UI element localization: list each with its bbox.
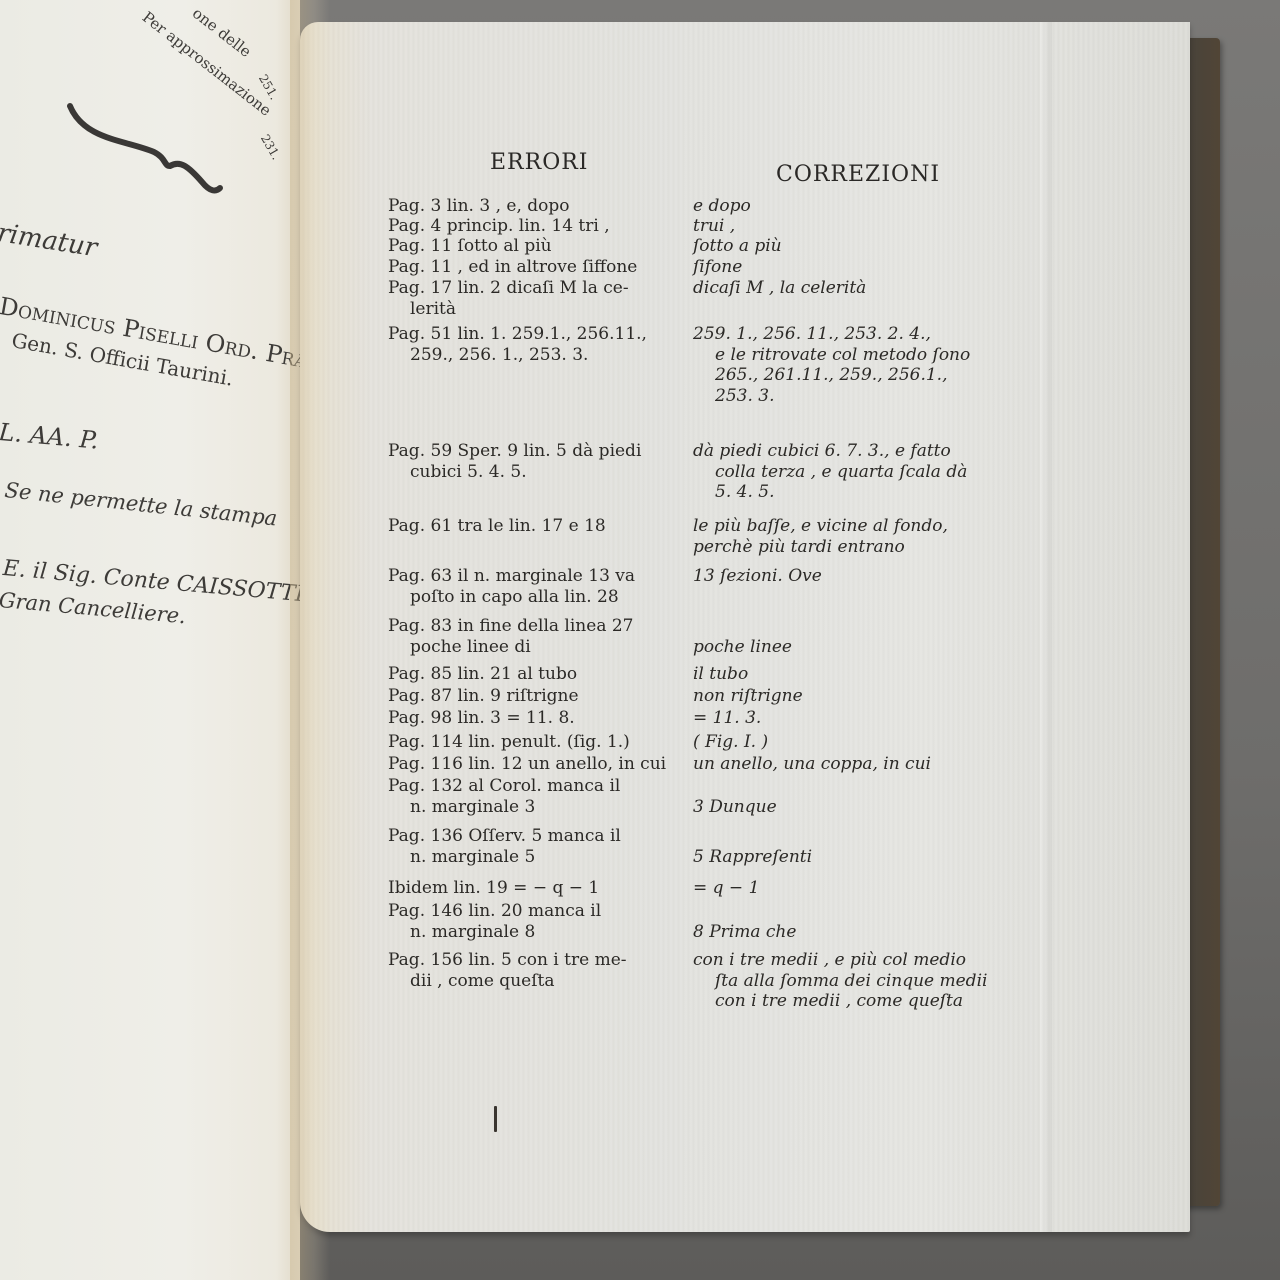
correzione-line [693,901,993,922]
correzione-cell: con i tre medii , e più col medioſta all… [693,950,993,1012]
errore-line: Pag. 11 ſotto al più [388,236,693,257]
correzione-line: con i tre medii , come queſta [693,991,993,1012]
correzione-cell: 5 Rappreſenti [693,826,993,867]
errore-line: Pag. 63 il n. marginale 13 va [388,566,693,587]
errore-cell: Pag. 4 princip. lin. 14 tri , [388,216,693,237]
correzione-line: dà piedi cubici 6. 7. 3., e fatto [693,441,993,462]
errore-line: Pag. 11 , ed in altrove ſiffone [388,257,693,278]
errata-row: Pag. 87 lin. 9 riſtrignenon riſtrigne [388,686,1008,707]
correzione-line [693,616,993,637]
errore-line: Pag. 136 Oſſerv. 5 manca il [388,826,693,847]
errore-line: Pag. 17 lin. 2 dicaſi M la ce- [388,278,693,299]
header-correzioni: CORREZIONI [776,162,940,187]
errore-cell: Pag. 83 in fine della linea 27poche line… [388,616,693,657]
errore-cell: Pag. 87 lin. 9 riſtrigne [388,686,693,707]
correzione-line: ſifone [693,257,993,278]
errore-line: Pag. 4 princip. lin. 14 tri , [388,216,693,237]
errore-cell: Pag. 136 Oſſerv. 5 manca iln. marginale … [388,826,693,867]
imprimatur-text: rimatur [0,218,99,263]
errore-line: n. marginale 3 [388,797,693,818]
errore-line: Pag. 61 tra le lin. 17 e 18 [388,516,693,537]
errata-row: Pag. 63 il n. marginale 13 vapoſto in ca… [388,566,1008,607]
errore-cell: Pag. 3 lin. 3 , e, dopo [388,196,693,217]
errata-row: Pag. 98 lin. 3 = 11. 8.= 11. 3. [388,708,1008,729]
correzione-line [693,826,993,847]
gutter-shadow [290,0,330,1280]
errore-line: 259., 256. 1., 253. 3. [388,345,693,366]
curly-brace-icon [66,100,226,200]
correzione-line: e le ritrovate col metodo ſono [693,345,993,366]
errore-line: n. marginale 5 [388,847,693,868]
errore-line: Pag. 87 lin. 9 riſtrigne [388,686,693,707]
correzione-line: trui , [693,216,993,237]
errata-row: Pag. 11 , ed in altrove ſiffoneſifone [388,257,1008,278]
errata-row: Pag. 132 al Corol. manca iln. marginale … [388,776,1008,817]
correzione-line: perchè più tardi entrano [693,537,993,558]
correzione-line: dicaſi M , la celerità [693,278,993,299]
correzione-cell: ſotto a più [693,236,993,257]
correzione-cell: le più baſſe, e vicine al fondo,perchè p… [693,516,993,557]
errata-row: Pag. 83 in fine della linea 27poche line… [388,616,1008,657]
errore-line: Pag. 51 lin. 1. 259.1., 256.11., [388,324,693,345]
correzione-line: ſotto a più [693,236,993,257]
errore-cell: Pag. 98 lin. 3 = 11. 8. [388,708,693,729]
errore-cell: Pag. 132 al Corol. manca iln. marginale … [388,776,693,817]
correzione-line: = 11. 3. [693,708,993,729]
correzione-cell: 3 Dunque [693,776,993,817]
errore-cell: Pag. 59 Sper. 9 lin. 5 dà piedicubici 5.… [388,441,693,503]
correzione-cell: 13 ſezioni. Ove [693,566,993,607]
errore-line: Pag. 85 lin. 21 al tubo [388,664,693,685]
header-errori: ERRORI [490,150,588,175]
correzione-cell: 8 Prima che [693,901,993,942]
errore-line: Pag. 132 al Corol. manca il [388,776,693,797]
errata-row: Pag. 136 Oſſerv. 5 manca iln. marginale … [388,826,1008,867]
errata-row: Pag. 51 lin. 1. 259.1., 256.11.,259., 25… [388,324,1008,406]
correzione-cell: dicaſi M , la celerità [693,278,993,319]
errata-row: Pag. 17 lin. 2 dicaſi M la ce-leritàdica… [388,278,1008,319]
correzione-line: 259. 1., 256. 11., 253. 2. 4., [693,324,993,345]
errore-cell: Pag. 85 lin. 21 al tubo [388,664,693,685]
errore-cell: Ibidem lin. 19 = − q − 1 [388,878,693,899]
correzione-line: 13 ſezioni. Ove [693,566,993,587]
correzione-line: poche linee [693,637,993,658]
errore-line: cubici 5. 4. 5. [388,462,693,483]
correzione-line: 5. 4. 5. [693,482,993,503]
correzione-line: colla terza , e quarta ſcala dà [693,462,993,483]
fragment-number-2: 231. [258,132,283,162]
correzione-cell: poche linee [693,616,993,657]
errore-line: lerità [388,299,693,320]
errore-line: Pag. 83 in fine della linea 27 [388,616,693,637]
correzione-line: il tubo [693,664,993,685]
correzione-line: 265., 261.11., 259., 256.1., [693,365,993,386]
errore-cell: Pag. 17 lin. 2 dicaſi M la ce-lerità [388,278,693,319]
errore-cell: Pag. 63 il n. marginale 13 vapoſto in ca… [388,566,693,607]
errore-cell: Pag. 11 , ed in altrove ſiffone [388,257,693,278]
laap-text: L. AA. P. [0,418,100,455]
correzione-line: 253. 3. [693,386,993,407]
ink-mark [494,1106,497,1132]
correzione-line: ſta alla ſomma dei cinque medii [693,971,993,992]
errore-cell: Pag. 116 lin. 12 un anello, in cui [388,754,693,775]
errore-line: Pag. 116 lin. 12 un anello, in cui [388,754,693,775]
errata-row: Ibidem lin. 19 = − q − 1= q − 1 [388,878,1008,899]
correzione-cell: = 11. 3. [693,708,993,729]
errata-row: Pag. 85 lin. 21 al tuboil tubo [388,664,1008,685]
correzione-line [693,776,993,797]
errore-line: Pag. 98 lin. 3 = 11. 8. [388,708,693,729]
permission-text: Se ne permette la stampa [3,478,278,530]
correzione-cell: dà piedi cubici 6. 7. 3., e fattocolla t… [693,441,993,503]
correzione-cell: un anello, una coppa, in cui [693,754,993,775]
correzione-line: le più baſſe, e vicine al fondo, [693,516,993,537]
errore-line: Ibidem lin. 19 = − q − 1 [388,878,693,899]
errata-row: Pag. 4 princip. lin. 14 tri ,trui , [388,216,1008,237]
errata-row: Pag. 11 ſotto al piùſotto a più [388,236,1008,257]
correzione-line: = q − 1 [693,878,993,899]
errore-cell: Pag. 11 ſotto al più [388,236,693,257]
correzione-cell: e dopo [693,196,993,217]
correzione-line: e dopo [693,196,993,217]
correzione-line: non riſtrigne [693,686,993,707]
errata-row: Pag. 3 lin. 3 , e, dopoe dopo [388,196,1008,217]
errata-row: Pag. 114 lin. penult. (ſig. 1.)( Fig. I.… [388,732,1008,753]
correzione-cell: non riſtrigne [693,686,993,707]
errata-row: Pag. 146 lin. 20 manca iln. marginale 8 … [388,901,1008,942]
errore-line: Pag. 59 Sper. 9 lin. 5 dà piedi [388,441,693,462]
correzione-cell: trui , [693,216,993,237]
errore-line: n. marginale 8 [388,922,693,943]
correzione-line: 5 Rappreſenti [693,847,993,868]
errore-cell: Pag. 114 lin. penult. (ſig. 1.) [388,732,693,753]
correzione-line: con i tre medii , e più col medio [693,950,993,971]
errata-row: Pag. 156 lin. 5 con i tre me-dii , come … [388,950,1008,1012]
correzione-cell: = q − 1 [693,878,993,899]
correzione-cell: il tubo [693,664,993,685]
correzione-cell: ( Fig. I. ) [693,732,993,753]
correzione-cell: 259. 1., 256. 11., 253. 2. 4.,e le ritro… [693,324,993,406]
errore-cell: Pag. 51 lin. 1. 259.1., 256.11.,259., 25… [388,324,693,406]
errore-line: dii , come queſta [388,971,693,992]
errore-cell: Pag. 61 tra le lin. 17 e 18 [388,516,693,557]
errore-cell: Pag. 156 lin. 5 con i tre me-dii , come … [388,950,693,1012]
errata-row: Pag. 116 lin. 12 un anello, in cuiun ane… [388,754,1008,775]
correzione-line: ( Fig. I. ) [693,732,993,753]
errata-row: Pag. 61 tra le lin. 17 e 18le più baſſe,… [388,516,1008,557]
correzione-line: 3 Dunque [693,797,993,818]
correzione-line: 8 Prima che [693,922,993,943]
errore-cell: Pag. 146 lin. 20 manca iln. marginale 8 [388,901,693,942]
correzione-cell: ſifone [693,257,993,278]
errore-line: Pag. 114 lin. penult. (ſig. 1.) [388,732,693,753]
correzione-line: un anello, una coppa, in cui [693,754,993,775]
errore-line: Pag. 156 lin. 5 con i tre me- [388,950,693,971]
errore-line: Pag. 146 lin. 20 manca il [388,901,693,922]
errore-line: poche linee di [388,637,693,658]
errore-line: Pag. 3 lin. 3 , e, dopo [388,196,693,217]
errore-line: poſto in capo alla lin. 28 [388,587,693,608]
page-fold [1040,22,1052,1232]
errata-row: Pag. 59 Sper. 9 lin. 5 dà piedicubici 5.… [388,441,1008,503]
left-page: Per approssimazione one delle 251. 231. … [0,0,300,1280]
